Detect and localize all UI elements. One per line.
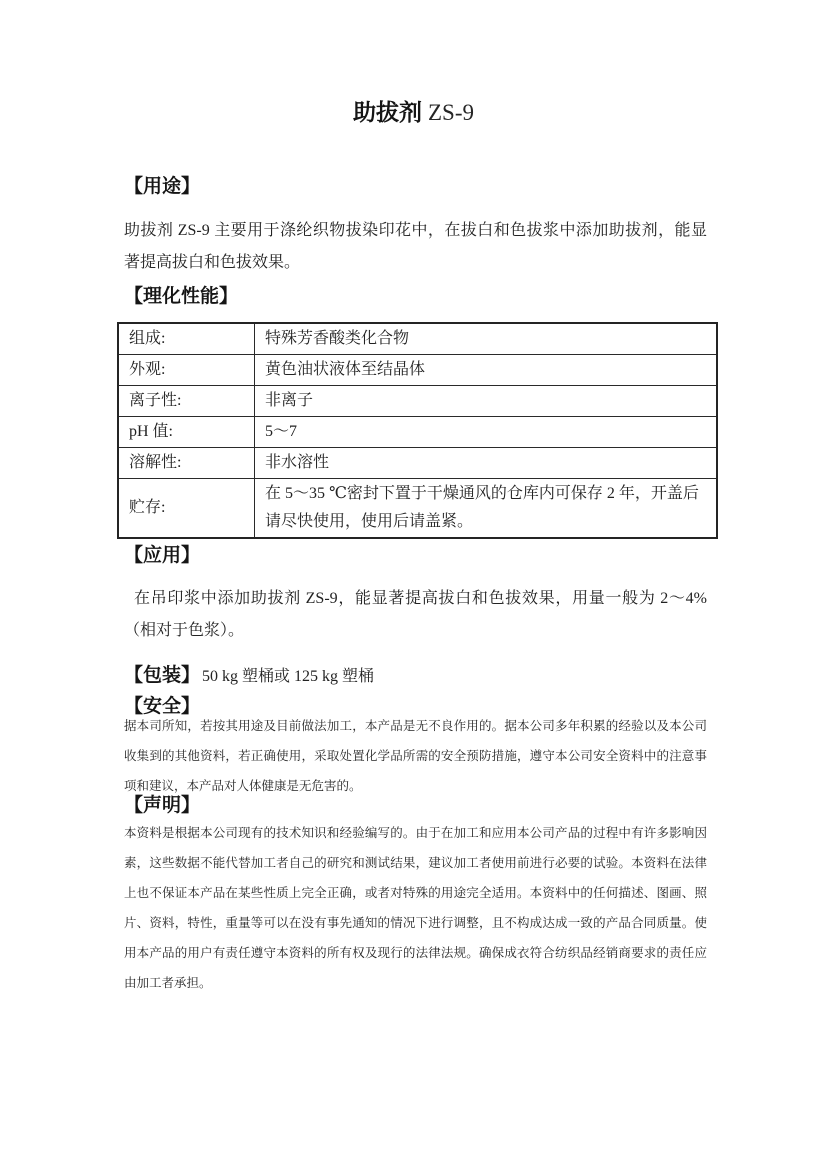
packaging-line: 【包装】50 kg 塑桶或 125 kg 塑桶 — [124, 663, 374, 690]
property-label: 组成: — [118, 323, 255, 355]
property-value: 非离子 — [255, 386, 718, 417]
table-row: 外观: 黄色油状液体至结晶体 — [118, 355, 717, 386]
table-row: 离子性: 非离子 — [118, 386, 717, 417]
section-heading-application: 【应用】 — [124, 543, 200, 569]
property-label: pH 值: — [118, 417, 255, 448]
application-body-text: 在吊印浆中添加助拔剂 ZS-9，能显著提高拔白和色拔效果，用量一般为 2～4%（… — [124, 583, 707, 646]
disclaimer-body-text: 本资料是根据本公司现有的技术知识和经验编写的。由于在加工和应用本公司产品的过程中… — [124, 818, 707, 998]
property-value: 在 5～35 ℃密封下置于干燥通风的仓库内可保存 2 年，开盖后请尽快使用，使用… — [255, 479, 718, 539]
page-title: 助拔剂ZS-9 — [0, 95, 827, 130]
table-row: 贮存: 在 5～35 ℃密封下置于干燥通风的仓库内可保存 2 年，开盖后请尽快使… — [118, 479, 717, 539]
property-label: 离子性: — [118, 386, 255, 417]
packaging-body-text: 50 kg 塑桶或 125 kg 塑桶 — [202, 668, 374, 685]
properties-table: 组成: 特殊芳香酸类化合物 外观: 黄色油状液体至结晶体 离子性: 非离子 pH… — [117, 322, 718, 539]
table-row: 组成: 特殊芳香酸类化合物 — [118, 323, 717, 355]
table-row: 溶解性: 非水溶性 — [118, 448, 717, 479]
section-heading-disclaimer: 【声明】 — [124, 793, 200, 819]
property-label: 溶解性: — [118, 448, 255, 479]
page-title-product-name: 助拔剂 — [353, 99, 422, 125]
property-value: 非水溶性 — [255, 448, 718, 479]
table-row: pH 值: 5～7 — [118, 417, 717, 448]
section-heading-packaging: 【包装】 — [124, 665, 200, 686]
property-value: 特殊芳香酸类化合物 — [255, 323, 718, 355]
section-heading-usage: 【用途】 — [124, 174, 200, 200]
property-value: 5～7 — [255, 417, 718, 448]
property-label: 贮存: — [118, 479, 255, 539]
document-page: 助拔剂ZS-9 【用途】 助拔剂 ZS-9 主要用于涤纶织物拔染印花中，在拔白和… — [0, 0, 827, 1169]
usage-body-text: 助拔剂 ZS-9 主要用于涤纶织物拔染印花中，在拔白和色拔浆中添加助拔剂，能显著… — [124, 215, 707, 278]
section-heading-properties: 【理化性能】 — [124, 284, 238, 310]
property-label: 外观: — [118, 355, 255, 386]
page-title-product-code: ZS-9 — [428, 100, 474, 125]
property-value: 黄色油状液体至结晶体 — [255, 355, 718, 386]
safety-body-text: 据本司所知，若按其用途及目前做法加工，本产品是无不良作用的。据本公司多年积累的经… — [124, 711, 707, 801]
